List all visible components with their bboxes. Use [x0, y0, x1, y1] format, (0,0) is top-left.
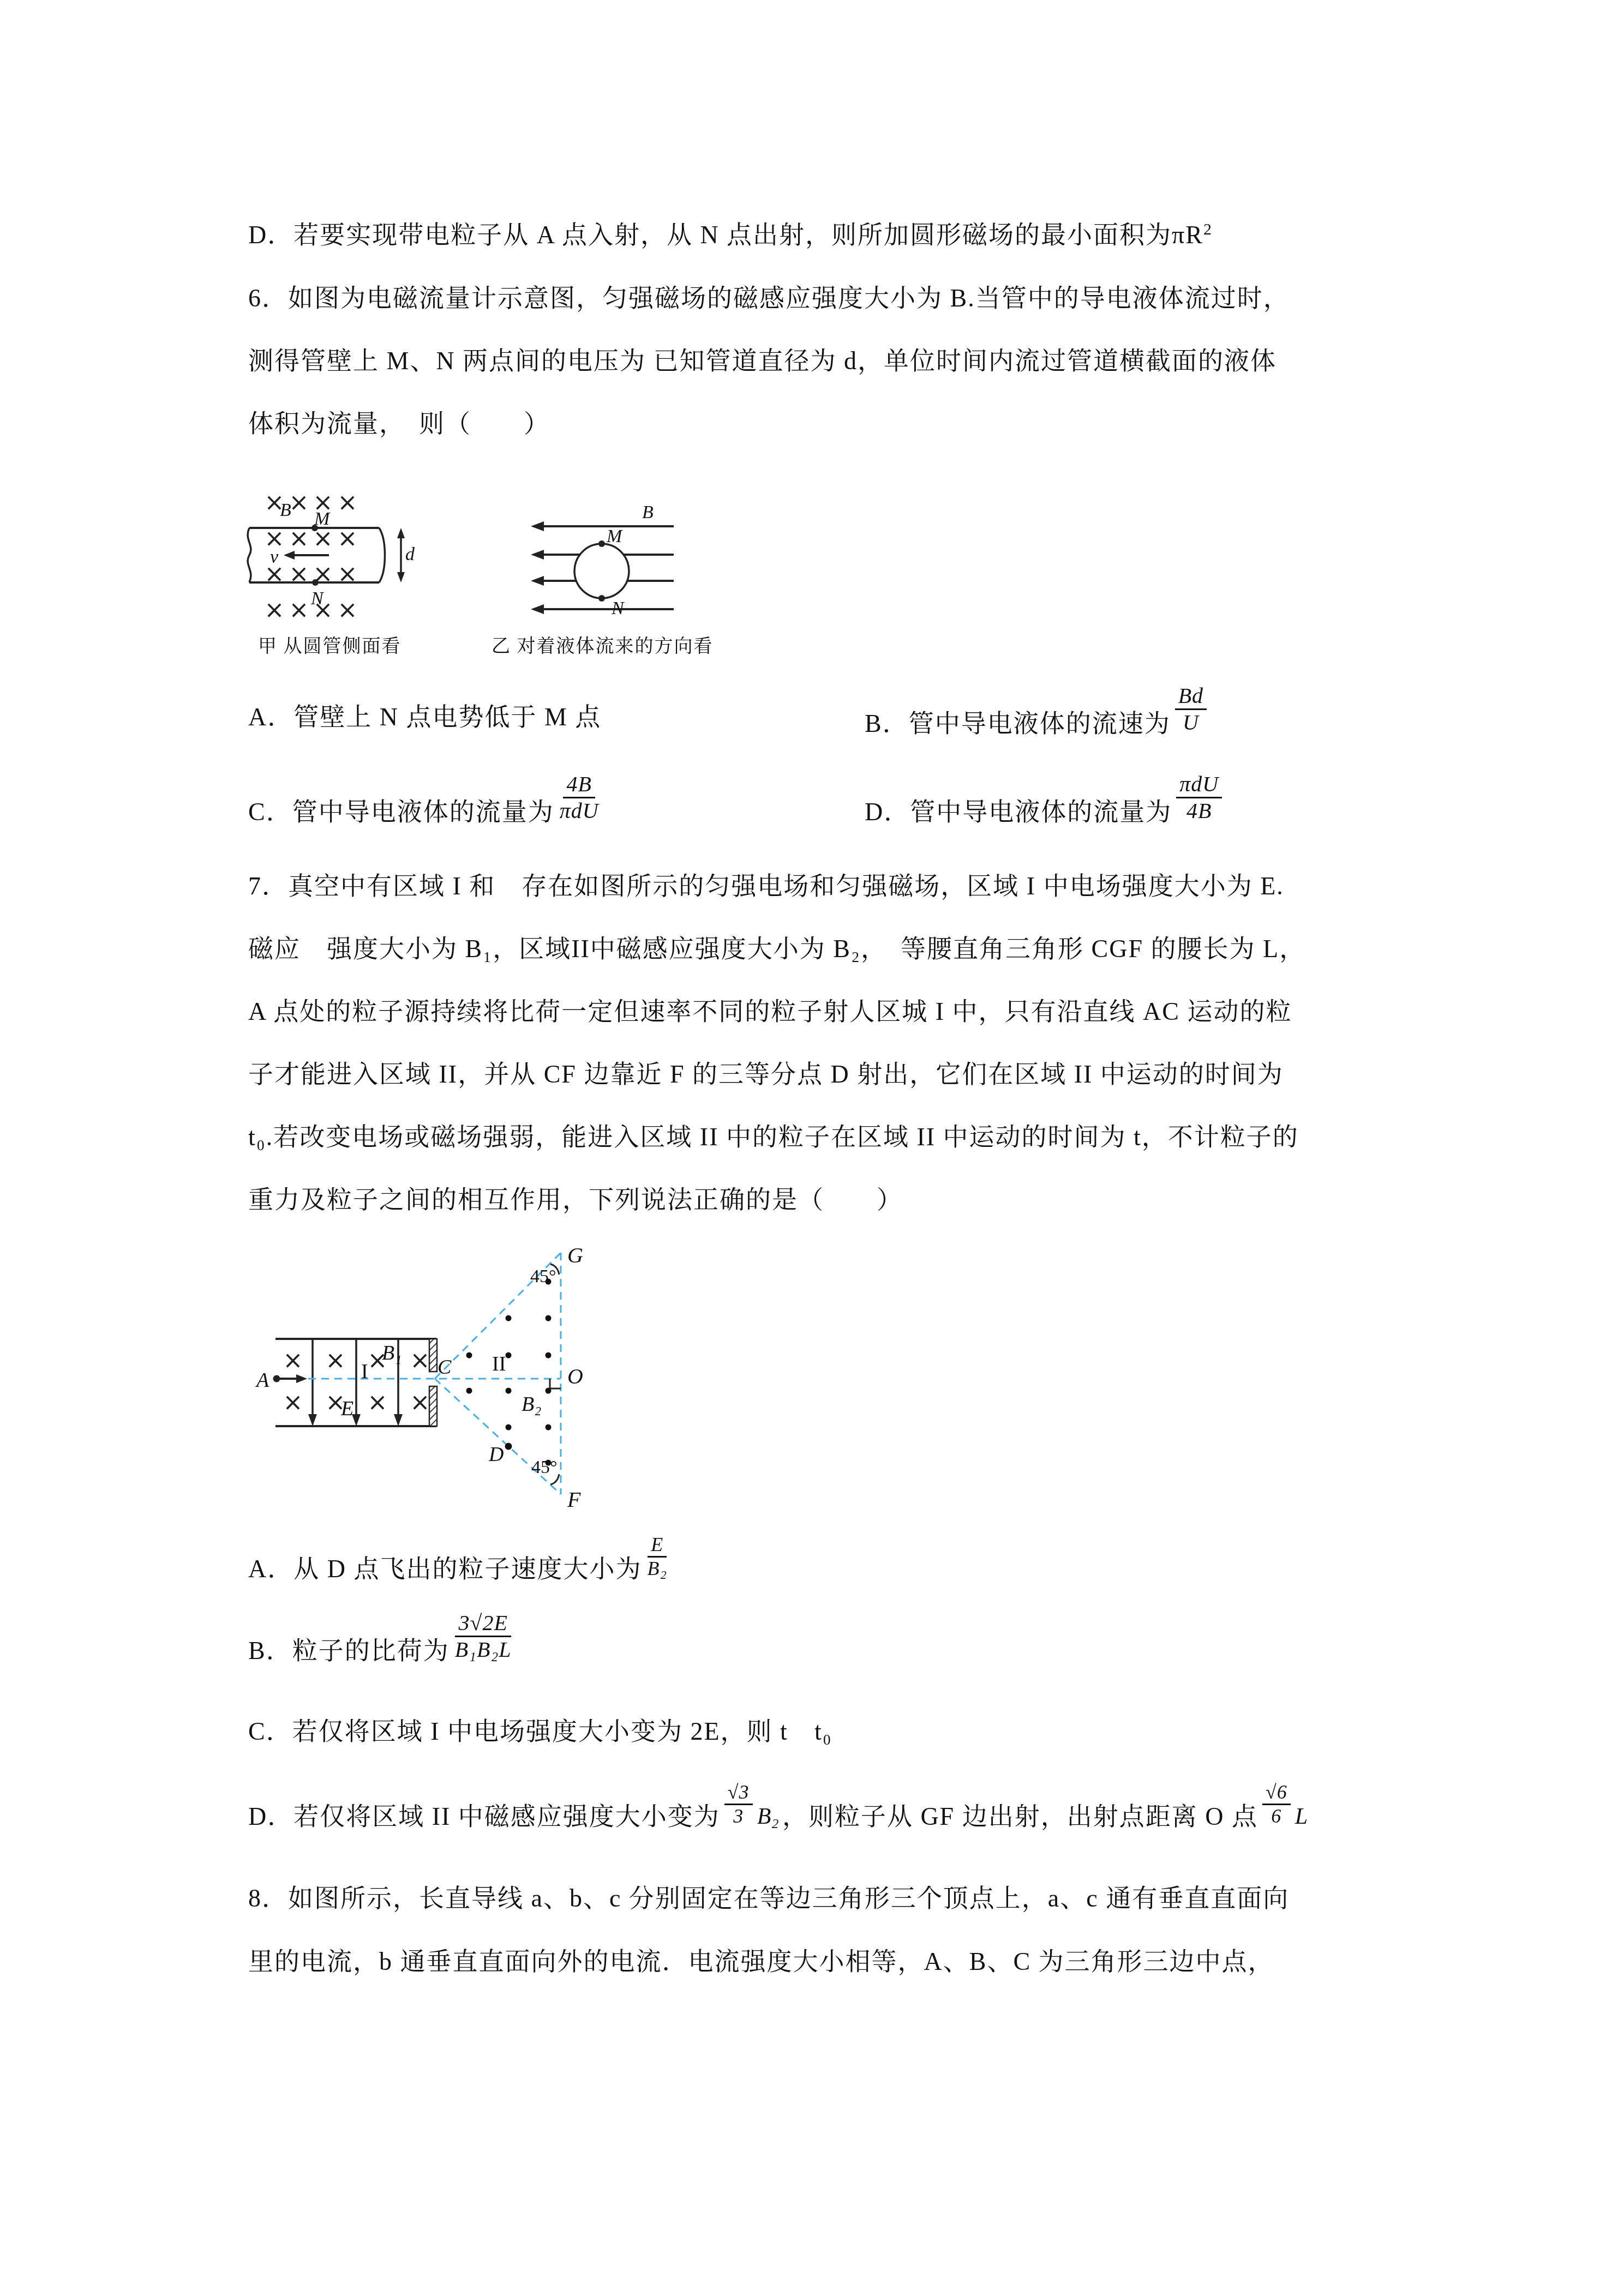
fraction-denominator: B₁B₂L	[454, 1637, 513, 1662]
q7-option-d-mid: ，则粒子从 GF 边出射，出射点距离 O 点	[782, 1801, 1258, 1832]
q7-option-d-coef2: L	[1295, 1801, 1308, 1832]
q6-option-b-text: B．管中导电液体的流速为	[865, 708, 1171, 740]
q7-line5: t₀.若改变电场或磁场强弱，能进入区域 II 中的粒子在区域 II 中运动的时间…	[248, 1121, 1299, 1153]
b1-into-page-icon: ×	[408, 1348, 432, 1374]
q5-option-d: D．若要实现带电粒子从 A 点入射，从 N 点出射，则所加圆形磁场的最小面积为π…	[248, 214, 1213, 251]
q6-fig-d-label: d	[405, 545, 415, 564]
q7-option-b-text: B．粒子的比荷为	[248, 1635, 450, 1667]
q7-line6: 重力及粒子之间的相互作用，下列说法正确的是（ ）	[248, 1184, 903, 1216]
q7-option-d-fraction2: √6 6	[1262, 1781, 1291, 1828]
q7-fig-g-label: G	[567, 1245, 583, 1266]
fraction-denominator: B₂	[646, 1558, 668, 1580]
q7-fig-b1-label: B₁	[382, 1343, 401, 1363]
q6-line3: 体积为流量， 则（ ）	[248, 408, 550, 440]
b-into-page-icon: ×	[287, 597, 311, 623]
b-into-page-icon: ×	[311, 526, 335, 552]
fraction-numerator: E	[648, 1534, 667, 1558]
fraction-denominator: πdU	[559, 798, 600, 824]
q6-fig-n-label: N	[311, 590, 323, 608]
q6-fig-m-front-label: M	[607, 527, 622, 546]
q7-option-b: B．粒子的比荷为 3√2E B₁B₂L	[248, 1610, 517, 1667]
fraction-numerator: πdU	[1176, 772, 1222, 798]
b-into-page-icon: ×	[335, 526, 359, 552]
q6-option-b-fraction: Bd U	[1175, 683, 1207, 735]
q6-option-c-fraction: 4B πdU	[559, 772, 600, 824]
fraction-denominator: 6	[1270, 1805, 1283, 1828]
b1-into-page-icon: ×	[408, 1390, 432, 1416]
q7-fig-c-label: C	[438, 1357, 451, 1378]
fraction-numerator: Bd	[1175, 683, 1207, 710]
b-into-page-icon: ×	[335, 490, 359, 516]
q5-option-d-text: D．若要实现带电粒子从 A 点入射，从 N 点出射，则所加圆形磁场的最小面积为π…	[248, 221, 1203, 249]
q7-line4: 子才能进入区域 II，并从 CF 边靠近 F 的三等分点 D 射出，它们在区域 …	[248, 1059, 1284, 1090]
q7-fig-d-label: D	[489, 1444, 504, 1465]
q8-line1: 8．如图所示，长直导线 a、b、c 分别固定在等边三角形三个顶点上，a、c 通有…	[248, 1883, 1289, 1914]
q7-option-a-text: A．从 D 点飞出的粒子速度大小为	[248, 1553, 642, 1585]
b-into-page-icon: ×	[335, 561, 359, 587]
q6-fig-caption-side: 甲 从圆管侧面看	[258, 631, 401, 658]
q7-fig-angle-bottom-label: 45°	[531, 1458, 558, 1477]
q6-option-d-text: D．管中导电液体的流量为	[865, 796, 1172, 828]
b-into-page-icon: ×	[262, 597, 286, 623]
q6-line2: 测得管壁上 M、N 两点间的电压为 已知管道直径为 d，单位时间内流过管道横截面…	[248, 345, 1277, 377]
q7-fig-angle-top-label: 45°	[530, 1267, 556, 1286]
q7-fig-region1-label: I	[361, 1361, 368, 1382]
b1-into-page-icon: ×	[281, 1348, 305, 1374]
q7-fig-b2-label: B₂	[522, 1394, 541, 1415]
q7-option-b-fraction: 3√2E B₁B₂L	[454, 1610, 513, 1662]
b-into-page-icon: ×	[287, 526, 311, 552]
q7-option-c: C．若仅将区域 I 中电场强度大小变为 2E，则 t t₀	[248, 1716, 832, 1747]
q7-line3: A 点处的粒子源持续将比荷一定但速率不同的粒子射人区城 I 中，只有沿直线 AC…	[248, 996, 1292, 1027]
q5-option-d-sup: 2	[1203, 220, 1213, 238]
b-into-page-icon: ×	[335, 597, 359, 623]
fraction-denominator: U	[1182, 710, 1200, 735]
b1-into-page-icon: ×	[281, 1390, 305, 1416]
b1-into-page-icon: ×	[323, 1348, 347, 1374]
fraction-denominator: 3	[732, 1805, 745, 1828]
q6-line1: 6．如图为电磁流量计示意图，匀强磁场的磁感应强度大小为 B.当管中的导电液体流过…	[248, 283, 1290, 314]
exam-page: D．若要实现带电粒子从 A 点入射，从 N 点出射，则所加圆形磁场的最小面积为π…	[0, 0, 1624, 2296]
q6-fig-b-front-label: B	[642, 503, 654, 522]
q7-option-d-coef1: B₂	[757, 1801, 779, 1832]
q7-fig-e-label: E	[341, 1398, 353, 1419]
fraction-numerator: √6	[1262, 1781, 1291, 1805]
q6-fig-v-label: v	[270, 548, 278, 567]
q7-fig-o-label: O	[567, 1366, 583, 1387]
q6-fig-n-front-label: N	[612, 599, 624, 618]
q7-option-d: D．若仅将区域 II 中磁感应强度大小变为 √3 3 B₂ ，则粒子从 GF 边…	[248, 1781, 1311, 1832]
b-into-page-icon: ×	[287, 561, 311, 587]
fraction-numerator: 3√2E	[455, 1610, 511, 1637]
q7-fig-f-label: F	[567, 1489, 580, 1511]
b-into-page-icon: ×	[311, 561, 335, 587]
q6-fig-caption-front: 乙 对着液体流来的方向看	[492, 631, 714, 658]
q6-option-d: D．管中导电液体的流量为 πdU 4B	[865, 772, 1226, 828]
fraction-numerator: 4B	[563, 772, 595, 798]
q7-option-a: A．从 D 点飞出的粒子速度大小为 E B₂	[248, 1534, 673, 1585]
q7-option-a-fraction: E B₂	[646, 1534, 668, 1580]
q7-line1: 7．真空中有区域 I 和 存在如图所示的匀强电场和匀强磁场，区域 I 中电场强度…	[248, 870, 1284, 902]
q6-option-b: B．管中导电液体的流速为 Bd U	[865, 683, 1211, 740]
fraction-denominator: 4B	[1185, 798, 1213, 824]
q7-figure: × × × × × × × × A B₁ I E C G O F D II B₂…	[251, 1243, 633, 1527]
q7-option-d-fraction1: √3 3	[724, 1781, 753, 1828]
q7-option-d-text: D．若仅将区域 II 中磁感应强度大小变为	[248, 1801, 720, 1832]
q6-fig-m-label: M	[314, 510, 329, 528]
q6-fig-b-label: B	[280, 501, 291, 520]
q7-line2: 磁应 强度大小为 B₁，区域II中磁感应强度大小为 B₂， 等腰直角三角形 CG…	[248, 933, 1305, 965]
q7-fig-region2-label: II	[492, 1354, 506, 1374]
q6-option-c: C．管中导电液体的流量为 4B πdU	[248, 772, 604, 828]
b1-into-page-icon: ×	[365, 1390, 389, 1416]
fraction-numerator: √3	[724, 1781, 753, 1805]
q6-option-c-text: C．管中导电液体的流量为	[248, 796, 554, 828]
q6-option-a: A．管壁上 N 点电势低于 M 点	[248, 701, 601, 733]
q6-figure: × × × × × × × × × × × × × × × × B M N v …	[242, 494, 733, 663]
q8-line2: 里的电流，b 通垂直直面向外的电流．电流强度大小相等，A、B、C 为三角形三边中…	[248, 1946, 1274, 1978]
q6-option-d-fraction: πdU 4B	[1176, 772, 1222, 824]
q7-fig-a-label: A	[256, 1370, 269, 1391]
